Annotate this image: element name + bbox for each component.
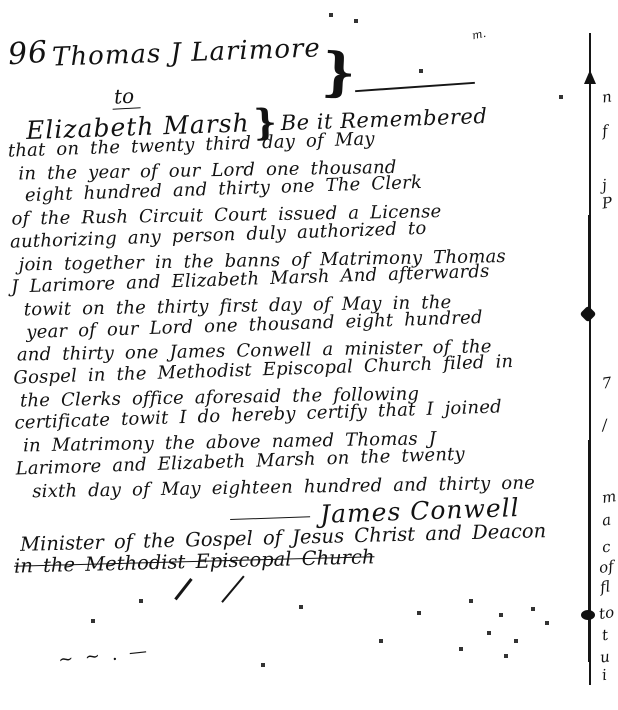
- facing-page-fragment: fl: [599, 577, 611, 596]
- ink-blob: [584, 70, 596, 84]
- stray-ink-stroke: [174, 578, 192, 600]
- facing-page-fragment: c: [601, 538, 612, 557]
- facing-page-fragment: n: [601, 87, 613, 106]
- page-binding-line-thick: [588, 440, 591, 662]
- facing-page-fragment: f: [601, 122, 609, 141]
- body-text-block: that on the twenty third day of May in t…: [8, 127, 557, 503]
- facing-page-fragment: a: [601, 510, 612, 529]
- facing-page-fragment: of: [598, 557, 615, 577]
- bottom-flourish-mark: ~ ~ . —: [57, 640, 151, 671]
- facing-page-fragment: P: [601, 193, 614, 212]
- top-margin-mark: m.: [471, 27, 487, 43]
- stray-ink-stroke: [221, 575, 244, 602]
- facing-page-fragment: u: [599, 647, 611, 666]
- facing-page-fragment: i: [601, 666, 608, 684]
- groom-name: Thomas J Larimore: [52, 33, 322, 72]
- record-number: 96: [7, 35, 50, 73]
- facing-page-fragment: t: [601, 626, 609, 645]
- pen-flourish-line: [355, 82, 475, 92]
- ink-blob: [580, 306, 597, 323]
- scan-noise-speckle: [0, 0, 2, 2]
- facing-page-fragment: j: [601, 176, 608, 194]
- curly-brace-groom: }: [320, 41, 357, 104]
- facing-page-fragment: m: [601, 487, 618, 507]
- facing-page-fragment: /: [601, 416, 609, 435]
- facing-page-fragment: 7: [601, 373, 613, 392]
- ink-blob: [581, 610, 595, 620]
- scanned-document-page: 96 Thomas J Larimore } to Elizabeth Mars…: [0, 0, 618, 710]
- facing-page-fragment: to: [598, 603, 615, 623]
- page-binding-line-thick: [588, 215, 591, 320]
